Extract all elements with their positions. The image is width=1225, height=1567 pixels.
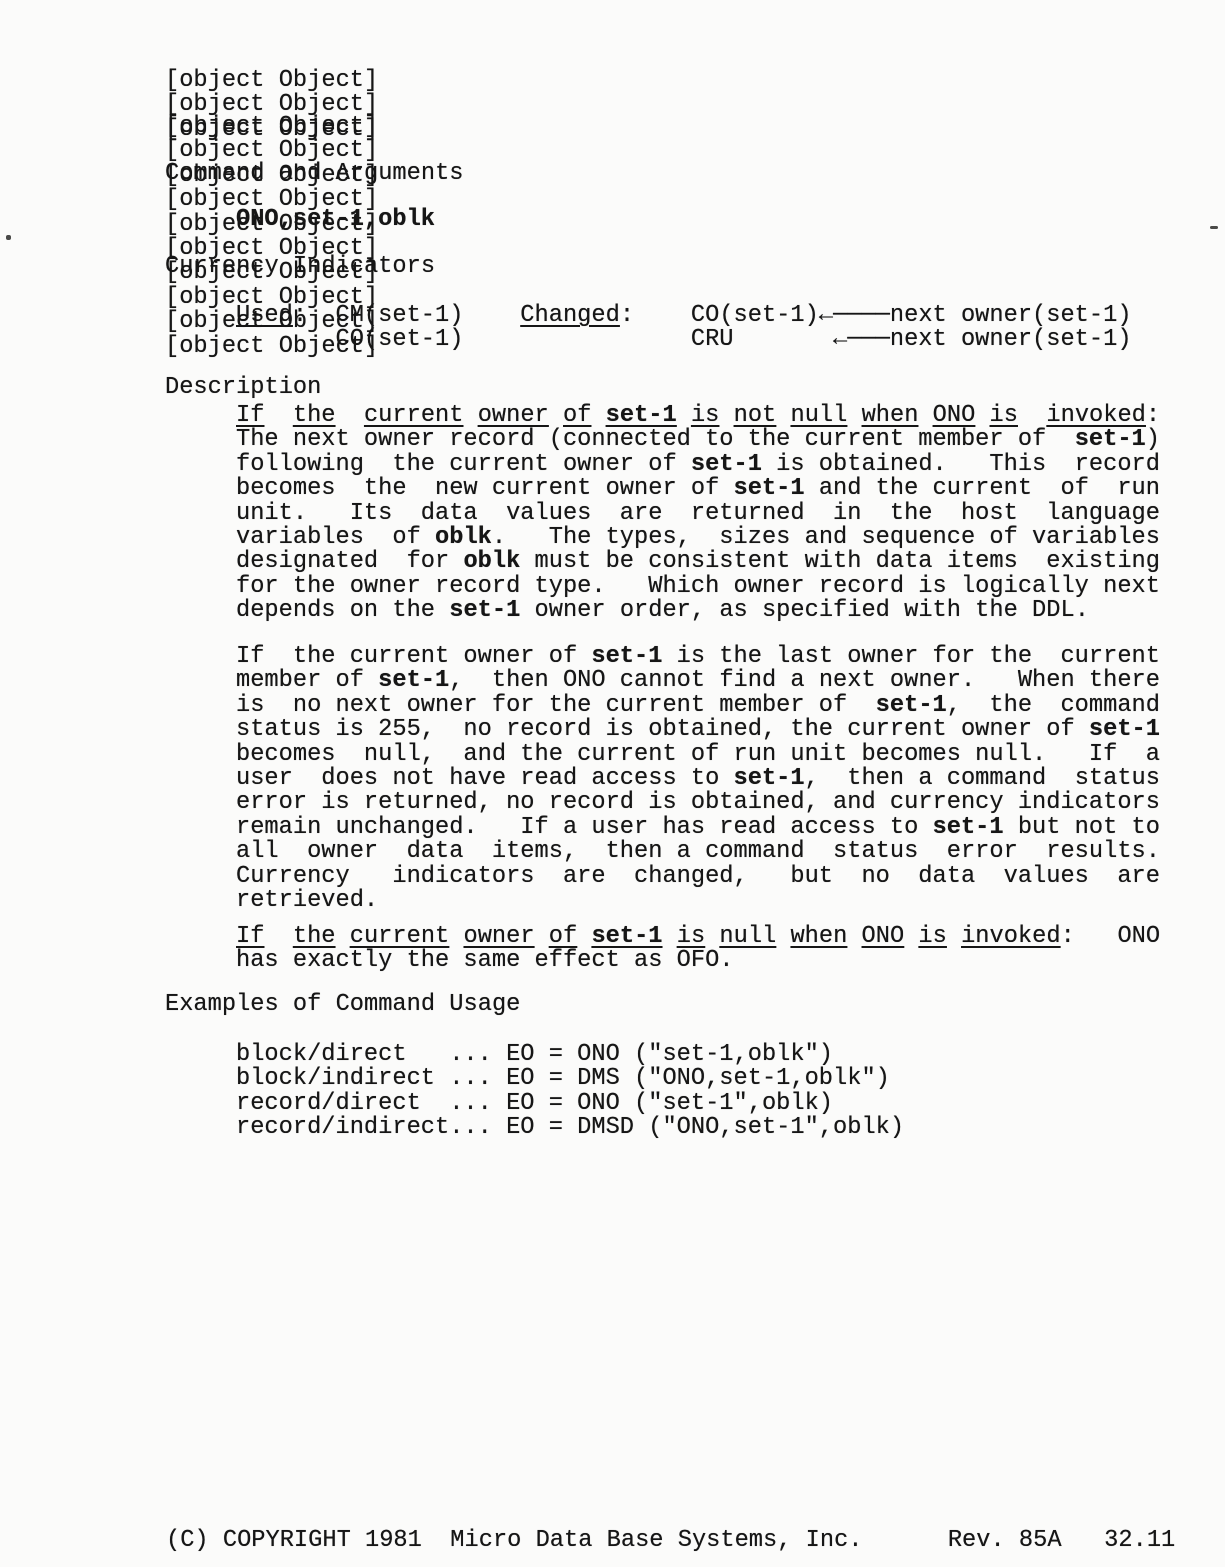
text-line: ONO,set-1,oblk bbox=[236, 208, 435, 232]
text-line: all owner data items, then a command sta… bbox=[236, 840, 1160, 864]
text-line: block/indirect ... EO = DMS ("ONO,set-1,… bbox=[236, 1067, 904, 1091]
examples-heading: Examples of Command Usage bbox=[165, 993, 520, 1017]
text-line: unit. Its data values are returned in th… bbox=[236, 502, 1160, 526]
text-line: record/direct ... EO = ONO ("set-1",oblk… bbox=[236, 1092, 904, 1116]
description-paragraph-1: If the current owner of set-1 is not nul… bbox=[236, 404, 1160, 624]
currency-indicators-heading: Currency Indicators bbox=[165, 255, 435, 279]
text-line: Currency indicators are changed, but no … bbox=[236, 865, 1160, 889]
text-line: for the owner record type. Which owner r… bbox=[236, 575, 1160, 599]
text-line: block/direct ... EO = ONO ("set-1,oblk") bbox=[236, 1043, 904, 1067]
text-line: Used: CM(set-1) Changed: CO(set-1)←────n… bbox=[236, 304, 1132, 328]
text-line: remain unchanged. If a user has read acc… bbox=[236, 816, 1160, 840]
text-line: If the current owner of set-1 is the las… bbox=[236, 645, 1160, 669]
text-line: status is 255, no record is obtained, th… bbox=[236, 718, 1160, 742]
text-line: [object Object] bbox=[165, 115, 378, 139]
text-line: If the current owner of set-1 is not nul… bbox=[236, 404, 1160, 428]
scan-speck bbox=[6, 235, 11, 240]
text-line: depends on the set-1 owner order, as spe… bbox=[236, 599, 1160, 623]
scan-speck bbox=[1210, 226, 1218, 229]
text-line: CO(set-1) CRU ←───next owner(set-1) bbox=[236, 328, 1132, 352]
command-arguments-heading: Command and Arguments bbox=[165, 162, 464, 186]
currency-indicators-table: Used: CM(set-1) Changed: CO(set-1)←────n… bbox=[236, 304, 1132, 353]
command-arguments-value: ONO,set-1,oblk bbox=[236, 208, 435, 232]
page-footer: (C) COPYRIGHT 1981 Micro Data Base Syste… bbox=[166, 1529, 1175, 1553]
examples-code-lines: block/direct ... EO = ONO ("set-1,oblk")… bbox=[236, 1043, 904, 1141]
text-line: The next owner record (connected to the … bbox=[236, 428, 1160, 452]
text-line: has exactly the same effect as OFO. bbox=[236, 949, 1160, 973]
text-line: record/indirect... EO = DMSD ("ONO,set-1… bbox=[236, 1116, 904, 1140]
text-line: is no next owner for the current member … bbox=[236, 694, 1160, 718]
description-paragraph-3: If the current owner of set-1 is null wh… bbox=[236, 925, 1160, 974]
text-line: following the current owner of set-1 is … bbox=[236, 453, 1160, 477]
text-line: member of set-1, then ONO cannot find a … bbox=[236, 669, 1160, 693]
text-line: becomes the new current owner of set-1 a… bbox=[236, 477, 1160, 501]
text-line: If the current owner of set-1 is null wh… bbox=[236, 925, 1160, 949]
text-line: user does not have read access to set-1,… bbox=[236, 767, 1160, 791]
text-line: designated for oblk must be consistent w… bbox=[236, 550, 1160, 574]
description-heading: Description bbox=[165, 376, 321, 400]
description-paragraph-2: If the current owner of set-1 is the las… bbox=[236, 645, 1160, 913]
manual-page: [object Object][object Object][object Ob… bbox=[0, 0, 1225, 1567]
text-line: retrieved. bbox=[236, 889, 1160, 913]
text-line: variables of oblk. The types, sizes and … bbox=[236, 526, 1160, 550]
text-line: becomes null, and the current of run uni… bbox=[236, 743, 1160, 767]
text-line: [object Object] bbox=[165, 69, 378, 93]
text-line: error is returned, no record is obtained… bbox=[236, 791, 1160, 815]
